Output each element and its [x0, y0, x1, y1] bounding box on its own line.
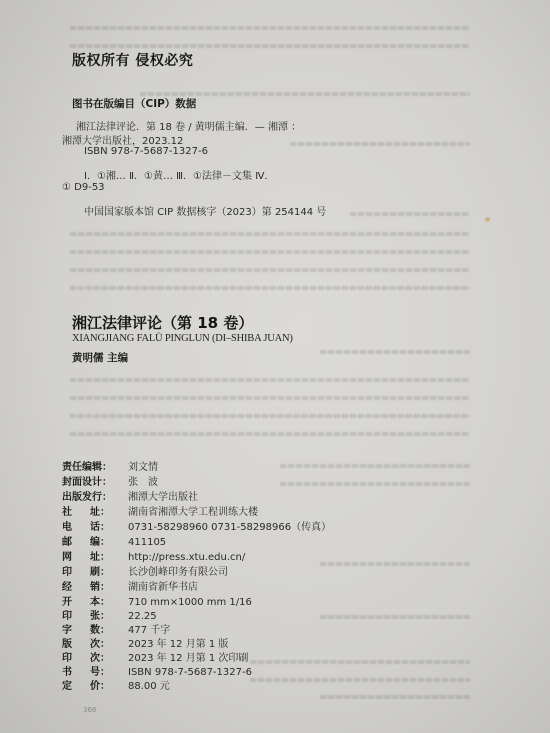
bleed-through-text	[350, 212, 470, 216]
colophon-row-publisher: 出版发行：湘潭大学出版社	[62, 488, 198, 502]
colophon-label: 社址：	[62, 503, 110, 518]
colophon-label: 印刷：	[62, 563, 110, 578]
bleed-through-text	[250, 660, 470, 664]
colophon-row-distributor: 经销：湖南省新华书店	[62, 578, 198, 592]
cip-heading: 图书在版编目（CIP）数据	[72, 96, 196, 111]
colophon-label: 出版发行：	[62, 488, 128, 503]
bleed-through-text	[70, 286, 470, 290]
colophon-label: 书号：	[62, 663, 110, 678]
colophon-label: 版次：	[62, 635, 110, 650]
colophon-row-price: 定价：88.00 元	[62, 677, 170, 691]
bleed-through-text	[320, 615, 470, 619]
book-copyright-page: 版权所有 侵权必究 图书在版编目（CIP）数据 湘江法律评论．第 18 卷 / …	[0, 0, 550, 733]
colophon-label: 封面设计：	[62, 473, 128, 488]
colophon-row-postcode: 邮编：411105	[62, 533, 166, 547]
bleed-through-text	[70, 378, 470, 382]
colophon-value: 88.00 元	[128, 681, 170, 692]
colophon-row-cover-design: 封面设计：张 波	[62, 473, 158, 487]
colophon-row-isbn: 书号：ISBN 978-7-5687-1327-6	[62, 663, 252, 677]
bleed-through-text	[320, 562, 470, 566]
colophon-value: 0731-58298960 0731-58298966（传真）	[128, 522, 331, 533]
bleed-through-text	[320, 350, 470, 354]
bleed-through-text	[320, 695, 470, 699]
colophon-label: 电话：	[62, 518, 110, 533]
colophon-label: 印次：	[62, 649, 110, 664]
cip-line-4-classification: Ⅰ．①湘… Ⅱ．①黄… Ⅲ．①法律－文集 Ⅳ．	[84, 167, 274, 182]
bleed-through-text	[280, 482, 470, 486]
colophon-value: 湖南省新华书店	[128, 582, 198, 593]
cip-line-3-isbn: ISBN 978-7-5687-1327-6	[84, 146, 208, 157]
colophon-label: 经销：	[62, 578, 110, 593]
bleed-through-text	[70, 396, 470, 400]
colophon-row-printed-sheets: 印张：22.25	[62, 607, 157, 621]
colophon-row-edition: 版次：2023 年 12 月第 1 版	[62, 635, 228, 649]
colophon-value: 411105	[128, 537, 166, 548]
cip-line-5-code: ① D9-53	[62, 182, 105, 193]
cip-line-1: 湘江法律评论．第 18 卷 / 黄明儒主编．— 湘潭 ：	[76, 118, 301, 133]
bleed-through-text	[70, 44, 470, 48]
colophon-value: http://press.xtu.edu.cn/	[128, 552, 245, 563]
bleed-through-text	[70, 250, 470, 254]
colophon-value: 刘文情	[128, 462, 158, 473]
page-number-bleed: 368	[83, 706, 96, 714]
colophon-value: 长沙创峰印务有限公司	[128, 567, 228, 578]
book-title: 湘江法律评论（第 18 卷）	[72, 312, 253, 333]
colophon-label: 网址：	[62, 548, 110, 563]
bleed-through-text	[280, 464, 470, 468]
colophon-label: 印张：	[62, 607, 110, 622]
bleed-through-text	[70, 26, 470, 30]
bleed-through-text	[290, 142, 470, 146]
colophon-row-printer: 印刷：长沙创峰印务有限公司	[62, 563, 228, 577]
colophon-value: 湘潭大学出版社	[128, 492, 198, 503]
bleed-through-text	[70, 268, 470, 272]
colophon-label: 开本：	[62, 593, 110, 608]
bleed-through-text	[70, 232, 470, 236]
cip-line-2: 湘潭大学出版社，2023.12	[62, 132, 183, 147]
colophon-label: 邮编：	[62, 533, 110, 548]
paper-speck	[485, 217, 490, 222]
colophon-label: 责任编辑：	[62, 458, 128, 473]
colophon-row-format: 开本：710 mm×1000 mm 1/16	[62, 593, 252, 607]
colophon-row-address: 社址：湖南省湘潭大学工程训练大楼	[62, 503, 258, 517]
colophon-row-phone: 电话：0731-58298960 0731-58298966（传真）	[62, 518, 331, 532]
cip-line-6-verification: 中国国家版本馆 CIP 数据核字（2023）第 254144 号	[84, 203, 326, 218]
colophon-row-word-count: 字数：477 千字	[62, 621, 170, 635]
colophon-row-website: 网址：http://press.xtu.edu.cn/	[62, 548, 245, 562]
book-editor: 黄明儒 主编	[72, 350, 128, 365]
copyright-notice: 版权所有 侵权必究	[72, 50, 193, 70]
book-title-pinyin: XIANGJIANG FALÜ PINGLUN (DI–SHIBA JUAN)	[72, 333, 293, 344]
colophon-label: 定价：	[62, 677, 110, 692]
bleed-through-text	[70, 432, 470, 436]
colophon-label: 字数：	[62, 621, 110, 636]
colophon-row-responsible-editor: 责任编辑：刘文情	[62, 458, 158, 472]
colophon-value: 湖南省湘潭大学工程训练大楼	[128, 507, 258, 518]
bleed-through-text	[250, 678, 470, 682]
bleed-through-text	[70, 414, 470, 418]
colophon-value: 张 波	[128, 477, 158, 488]
colophon-row-printing: 印次：2023 年 12 月第 1 次印刷	[62, 649, 248, 663]
